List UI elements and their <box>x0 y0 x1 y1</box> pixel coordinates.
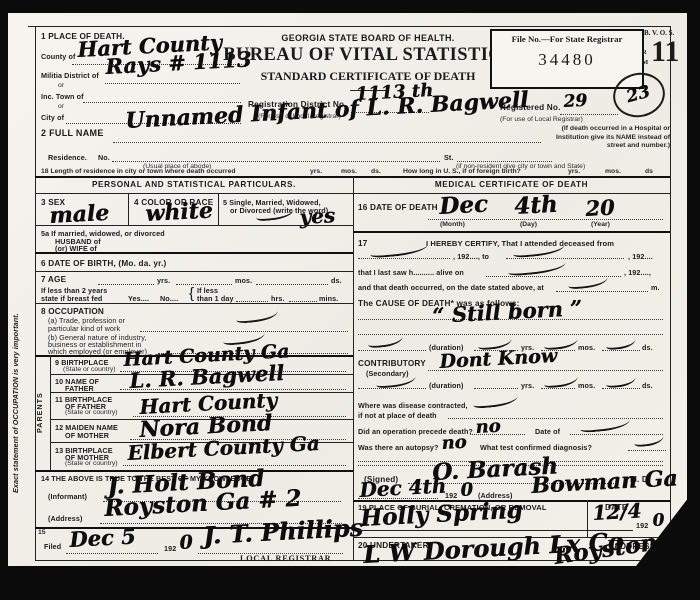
length-yrs: yrs. <box>310 168 322 175</box>
age-mins: mins. <box>319 294 338 303</box>
dob-label: 6 DATE OF BIRTH, (Mo. da. yr.) <box>41 259 166 268</box>
operation-date-label: Date of <box>535 427 560 436</box>
residence-st-line <box>457 161 552 162</box>
form-top-border <box>28 26 670 27</box>
full-name-value: Unnamed Infant of L. R. Bagwell <box>125 87 529 134</box>
contributory-value: Dont Know <box>439 345 558 373</box>
age-note2: state if breast fed <box>41 294 102 303</box>
age-hrs: hrs. <box>271 294 285 303</box>
contributory-label: CONTRIBUTORY <box>358 359 426 368</box>
r16-bottom <box>353 231 670 233</box>
scanned-death-certificate: Exact statement of OCCUPATION is very im… <box>0 0 700 600</box>
pen-stroke <box>508 262 567 276</box>
certify-number: 17 <box>358 239 368 248</box>
militia-line <box>105 83 240 84</box>
operation-date-line <box>570 434 663 435</box>
registered-no-value: 29 <box>563 91 588 112</box>
form-left-border <box>35 26 36 560</box>
date-of-death-label: 16 DATE OF DEATH <box>358 203 438 212</box>
registrar-signature: J. T. Phillips <box>202 513 363 550</box>
bvos-stamp-number: 11 <box>651 35 679 69</box>
certify-line-2 <box>506 258 624 259</box>
certificate-paper: Exact statement of OCCUPATION is very im… <box>8 13 687 566</box>
m-suffix: m. <box>651 283 660 292</box>
row3-divider-1 <box>128 194 129 225</box>
death-day-value: 4th <box>514 191 559 220</box>
duration2-label: (duration) <box>429 381 464 390</box>
month-note: (Month) <box>440 221 465 228</box>
duration2-yrs-line <box>474 388 518 389</box>
duration2-ds: ds. <box>642 381 653 390</box>
medical-section-header: MEDICAL CERTIFICATE OF DEATH <box>353 180 670 189</box>
bvos-stamp-r: R <box>642 49 647 56</box>
pen-stroke <box>634 436 665 448</box>
foreign-mos: mos. <box>605 168 621 175</box>
column-divider <box>353 176 354 560</box>
duration-mos: mos. <box>578 343 595 352</box>
foreign-ds: ds <box>645 168 653 175</box>
pen-stroke <box>544 377 579 389</box>
residence-no-label: No. <box>98 153 110 162</box>
mother-birthplace-state-note: (State or country) <box>65 460 118 467</box>
duration-line-lead <box>358 350 426 351</box>
length-residence-label: 18 Length of residence in city or town w… <box>41 168 236 175</box>
signed-date-line <box>358 498 438 499</box>
death-month-value: Dec <box>439 190 489 220</box>
operation-line <box>470 434 525 435</box>
militia-district-label: Militia District of <box>41 71 99 80</box>
age-ds: ds. <box>331 276 342 285</box>
signed-year-value: 0 <box>460 479 474 501</box>
mother-maiden-label2: OF MOTHER <box>65 431 109 440</box>
informant-label: (Informant) <box>48 492 87 501</box>
filed-label: Filed <box>44 542 61 551</box>
duration-ds: ds. <box>642 343 653 352</box>
registered-no-line <box>560 114 618 115</box>
duration2-mos-line <box>541 388 575 389</box>
contributory-line <box>428 370 663 371</box>
age-hrs-line <box>236 301 268 302</box>
file-number-value: 34480 <box>492 50 642 70</box>
residence-st-label: St. <box>444 153 454 162</box>
local-registrar-label: LOCAL REGISTRAR <box>240 554 331 563</box>
informant-address-label: (Address) <box>48 514 82 523</box>
registered-no-note: (For use of Local Registrar) <box>500 116 583 123</box>
row3-bottom <box>35 225 353 226</box>
pen-stroke <box>376 376 417 388</box>
cause-line-2 <box>358 334 663 335</box>
certificate-title: STANDARD CERTIFICATE OF DEATH <box>238 69 498 84</box>
age-yrs: yrs. <box>157 276 170 285</box>
certify-intro: I HEREBY CERTIFY, That I attended deceas… <box>426 239 614 248</box>
filed-date-value: Dec 5 <box>69 524 136 552</box>
contracted-line2: if not at place of death <box>358 411 437 420</box>
filed-year-prefix: 192 <box>164 544 176 553</box>
file-number-label: File No.—For State Registrar <box>492 34 642 44</box>
pen-stroke <box>568 277 609 289</box>
occupation-a-line <box>140 331 348 332</box>
signed-year-prefix: 192 <box>445 491 457 500</box>
duration2-lead <box>358 388 426 389</box>
city-label: City of <box>41 113 64 122</box>
occurred-label: and that death occurred, on the date sta… <box>358 283 544 292</box>
residence-label: Residence. <box>48 153 87 162</box>
foreign-birth-label: How long in U. S., if of foreign birth? <box>403 168 521 175</box>
death-date-line <box>428 219 663 220</box>
race-value: white <box>145 198 214 227</box>
burial-date-value: 12/4 <box>592 498 642 525</box>
length-mos: mos. <box>341 168 357 175</box>
burial-year-prefix: 192 <box>636 521 648 530</box>
duration2-yrs: yrs. <box>521 381 534 390</box>
age-line-2 <box>176 284 232 285</box>
inc-town-label: Inc. Town of <box>41 92 84 101</box>
row3-divider-2 <box>218 194 219 225</box>
autopsy-value: no <box>441 432 467 454</box>
age-mos: mos. <box>235 276 252 285</box>
circled-number-value: 23 <box>624 82 652 107</box>
bureau-title: BUREAU OF VITAL STATISTICS <box>223 45 513 66</box>
duration-ds-line <box>602 350 640 351</box>
length-ds: ds. <box>371 168 381 175</box>
board-title: GEORGIA STATE BOARD OF HEALTH. <box>238 33 498 43</box>
age-yes: Yes.... <box>128 294 149 303</box>
age-no: No.... <box>160 294 178 303</box>
parents-strip: PARENTS <box>35 355 51 470</box>
pen-stroke <box>473 396 519 409</box>
age-label: 7 AGE <box>41 275 66 284</box>
test-label: What test confirmed diagnosis? <box>480 443 592 452</box>
filed-date-line <box>66 553 158 554</box>
age-brace2: than 1 day <box>197 294 234 303</box>
foreign-yrs: yrs. <box>568 168 580 175</box>
residence-no-line <box>112 161 440 162</box>
test-line <box>628 450 666 451</box>
pen-stroke <box>580 420 631 433</box>
r7-bottom <box>35 303 353 304</box>
r5a-bottom <box>35 252 353 254</box>
year-note: (Year) <box>591 221 610 228</box>
pen-stroke <box>256 209 295 221</box>
duration2-mos: mos. <box>578 381 595 390</box>
age-line-3 <box>256 284 328 285</box>
full-name-label: 2 FULL NAME <box>41 128 104 138</box>
pen-stroke <box>236 311 279 324</box>
birthplace-state-note: (State or country) <box>63 366 116 373</box>
age-line-1 <box>98 284 154 285</box>
death-year-value: 20 <box>585 195 616 221</box>
or-label-1: or <box>58 82 64 89</box>
certify-192c: , 192...., <box>624 268 651 277</box>
pen-stroke <box>370 244 429 258</box>
occurred-line <box>556 291 648 292</box>
certify-192b: , 192.... <box>628 252 653 261</box>
personal-section-header: PERSONAL AND STATISTICAL PARTICULARS. <box>35 180 353 189</box>
r6-bottom <box>35 271 353 272</box>
age-brace: { <box>189 285 194 302</box>
certify-192a: , 192...., to <box>453 252 489 261</box>
autopsy-label: Was there an autopsy? <box>358 443 439 452</box>
pen-stroke <box>606 377 637 389</box>
filed-row-number: 15 <box>38 529 46 536</box>
occupation-a2: particular kind of work <box>48 324 120 333</box>
father-birthplace-state-note: (State or country) <box>65 409 118 416</box>
bvos-stamp-m: M <box>642 59 648 66</box>
county-label: County of <box>41 52 75 61</box>
filed-year-value: 0 <box>179 531 193 554</box>
duration2-ds-line <box>602 388 640 389</box>
day-note: (Day) <box>520 221 537 228</box>
or-label-2: or <box>58 103 64 110</box>
pen-stroke <box>368 336 404 348</box>
certify-line-1 <box>358 258 450 259</box>
full-name-line <box>113 142 541 143</box>
age-mins-line <box>289 301 317 302</box>
lastsaw-label: that I last saw h.......... alive on <box>358 268 464 277</box>
contracted-line1: Where was disease contracted, <box>358 401 468 410</box>
hospital-note: (If death occurred in a Hospital or Inst… <box>548 125 670 151</box>
margin-vertical-note: Exact statement of OCCUPATION is very im… <box>11 93 20 493</box>
occupation-label: 8 OCCUPATION <box>41 307 104 316</box>
parents-label: PARENTS <box>35 355 50 470</box>
pen-stroke <box>606 339 637 351</box>
